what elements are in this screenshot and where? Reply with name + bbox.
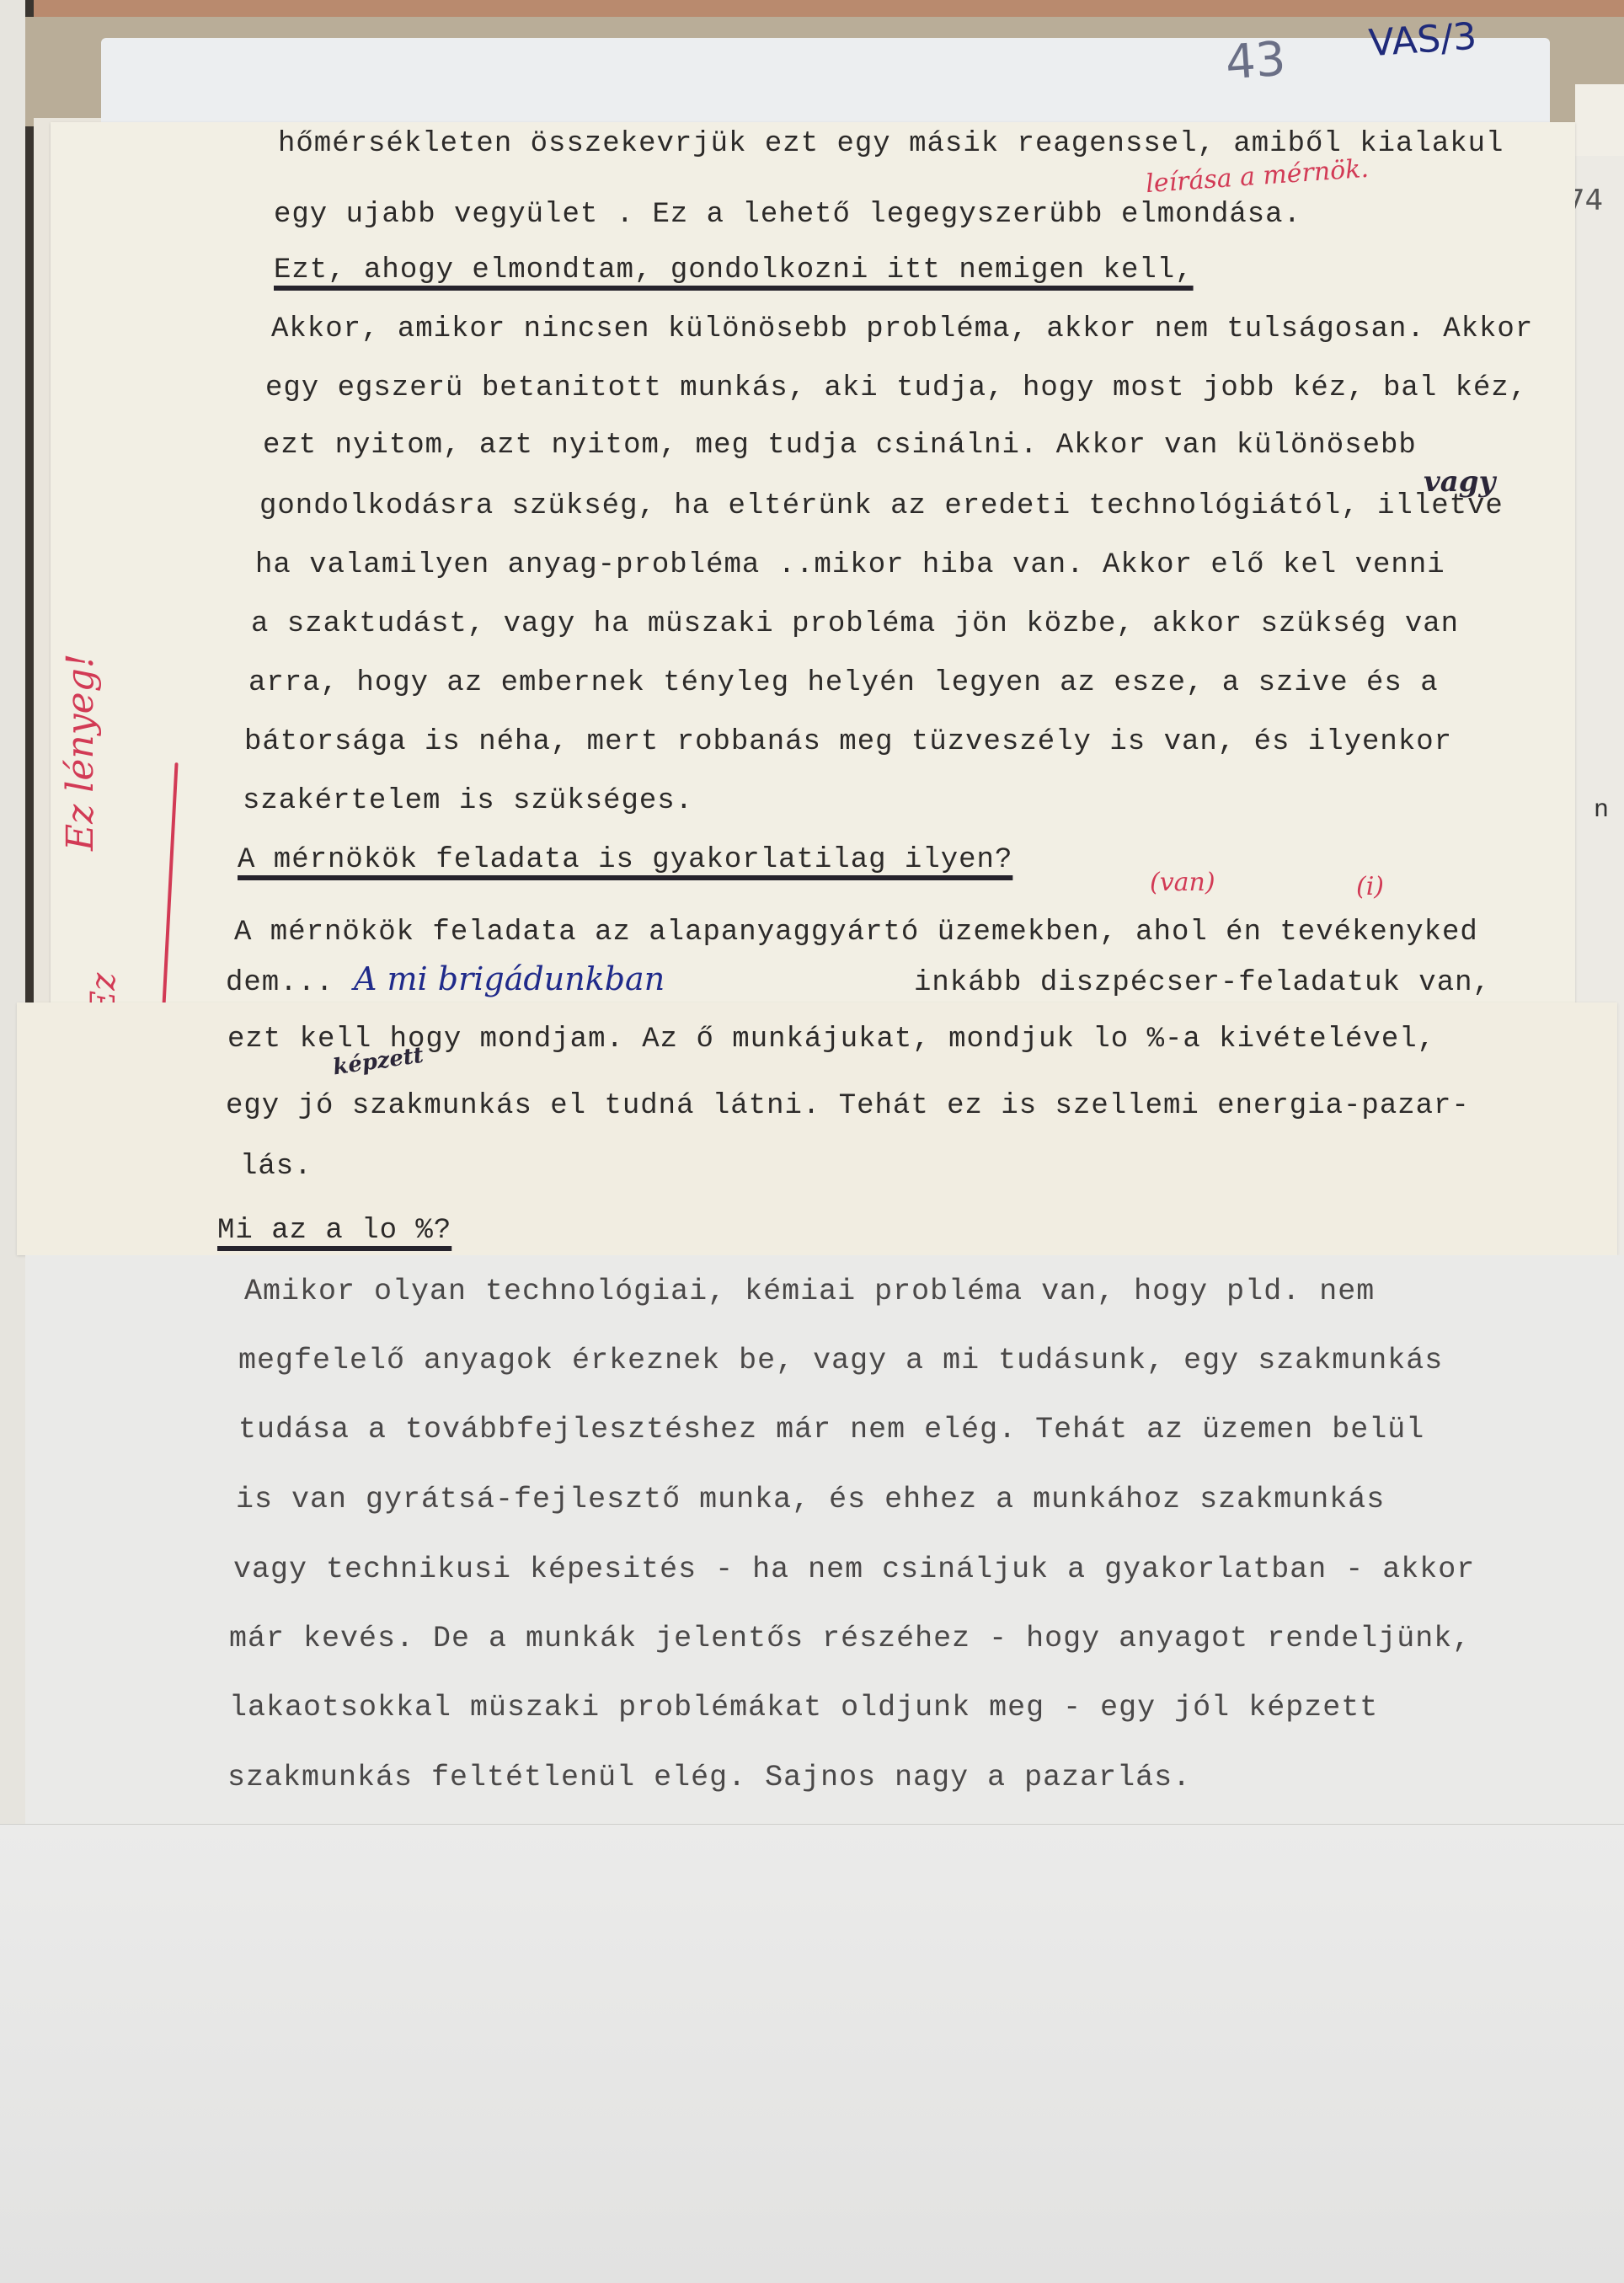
typed-line: arra, hogy az embernek tényleg helyén le… (248, 667, 1439, 699)
typed-line: tudása a továbbfejlesztéshez már nem elé… (238, 1413, 1424, 1446)
typed-line: Amikor olyan technológiai, kémiai problé… (244, 1275, 1375, 1308)
typed-line: gondolkodásra szükség, ha eltérünk az er… (259, 490, 1504, 522)
document-blank-bottom-sheet (0, 1824, 1624, 2283)
typed-line: a szaktudást, vagy ha müszaki probléma j… (251, 608, 1459, 640)
typed-line: inkább diszpécser-feladatuk van, (914, 967, 1491, 999)
typed-line: már kevés. De a munkák jelentős részéhez… (229, 1622, 1471, 1655)
typed-line: szakmunkás feltétlenül elég. Sajnos nagy… (227, 1761, 1191, 1794)
typed-line: egy ujabb vegyület . Ez a lehető legegys… (274, 199, 1301, 231)
typed-line: megfelelő anyagok érkeznek be, vagy a mi… (238, 1344, 1443, 1377)
typed-heading-underlined: Ezt, ahogy elmondtam, gondolkozni itt ne… (274, 254, 1194, 286)
red-margin-note: Ez lényeg! (59, 654, 102, 851)
typed-line: lakaotsokkal müszaki problémákat oldjunk… (229, 1691, 1378, 1724)
typed-line: szakértelem is szükséges. (243, 785, 693, 817)
red-annotation-i: (i) (1356, 872, 1384, 901)
archive-code: VAS/3 (1367, 15, 1477, 66)
interview-question: A mérnökök feladata is gyakorlatilag ily… (238, 844, 1012, 876)
typed-line: lás. (240, 1151, 313, 1183)
typed-line: hőmérsékleten összekevrjük ezt egy másik… (278, 128, 1504, 160)
typed-line: bátorsága is néha, mert robbanás meg tüz… (244, 726, 1452, 758)
typed-line: A mérnökök feladata az alapanyaggyártó ü… (234, 917, 1478, 949)
document-lower-sheet (25, 1255, 1624, 1828)
page-number: 43 (1224, 32, 1288, 91)
typed-line: dem... (226, 967, 334, 999)
typed-line: ha valamilyen anyag-probléma ..mikor hib… (255, 549, 1445, 581)
typed-line: ezt nyitom, azt nyitom, meg tudja csinál… (263, 430, 1417, 462)
interview-question: Mi az a lo %? (217, 1215, 451, 1247)
red-annotation-van: (van) (1150, 868, 1215, 897)
blue-insert-annotation: A mi brigádunkban (354, 960, 665, 997)
right-margin-letter: n (1594, 796, 1609, 825)
typed-line: is van gyrátsá-fejlesztő munka, és ehhez… (236, 1483, 1385, 1516)
typed-line: egy jó szakmunkás el tudná látni. Tehát … (226, 1090, 1470, 1122)
typed-line: Akkor, amikor nincsen különösebb problém… (271, 313, 1533, 345)
typed-line: egy egszerü betanitott munkás, aki tudja… (265, 372, 1527, 404)
typed-line: vagy technikusi képesités - ha nem csiná… (233, 1553, 1475, 1586)
